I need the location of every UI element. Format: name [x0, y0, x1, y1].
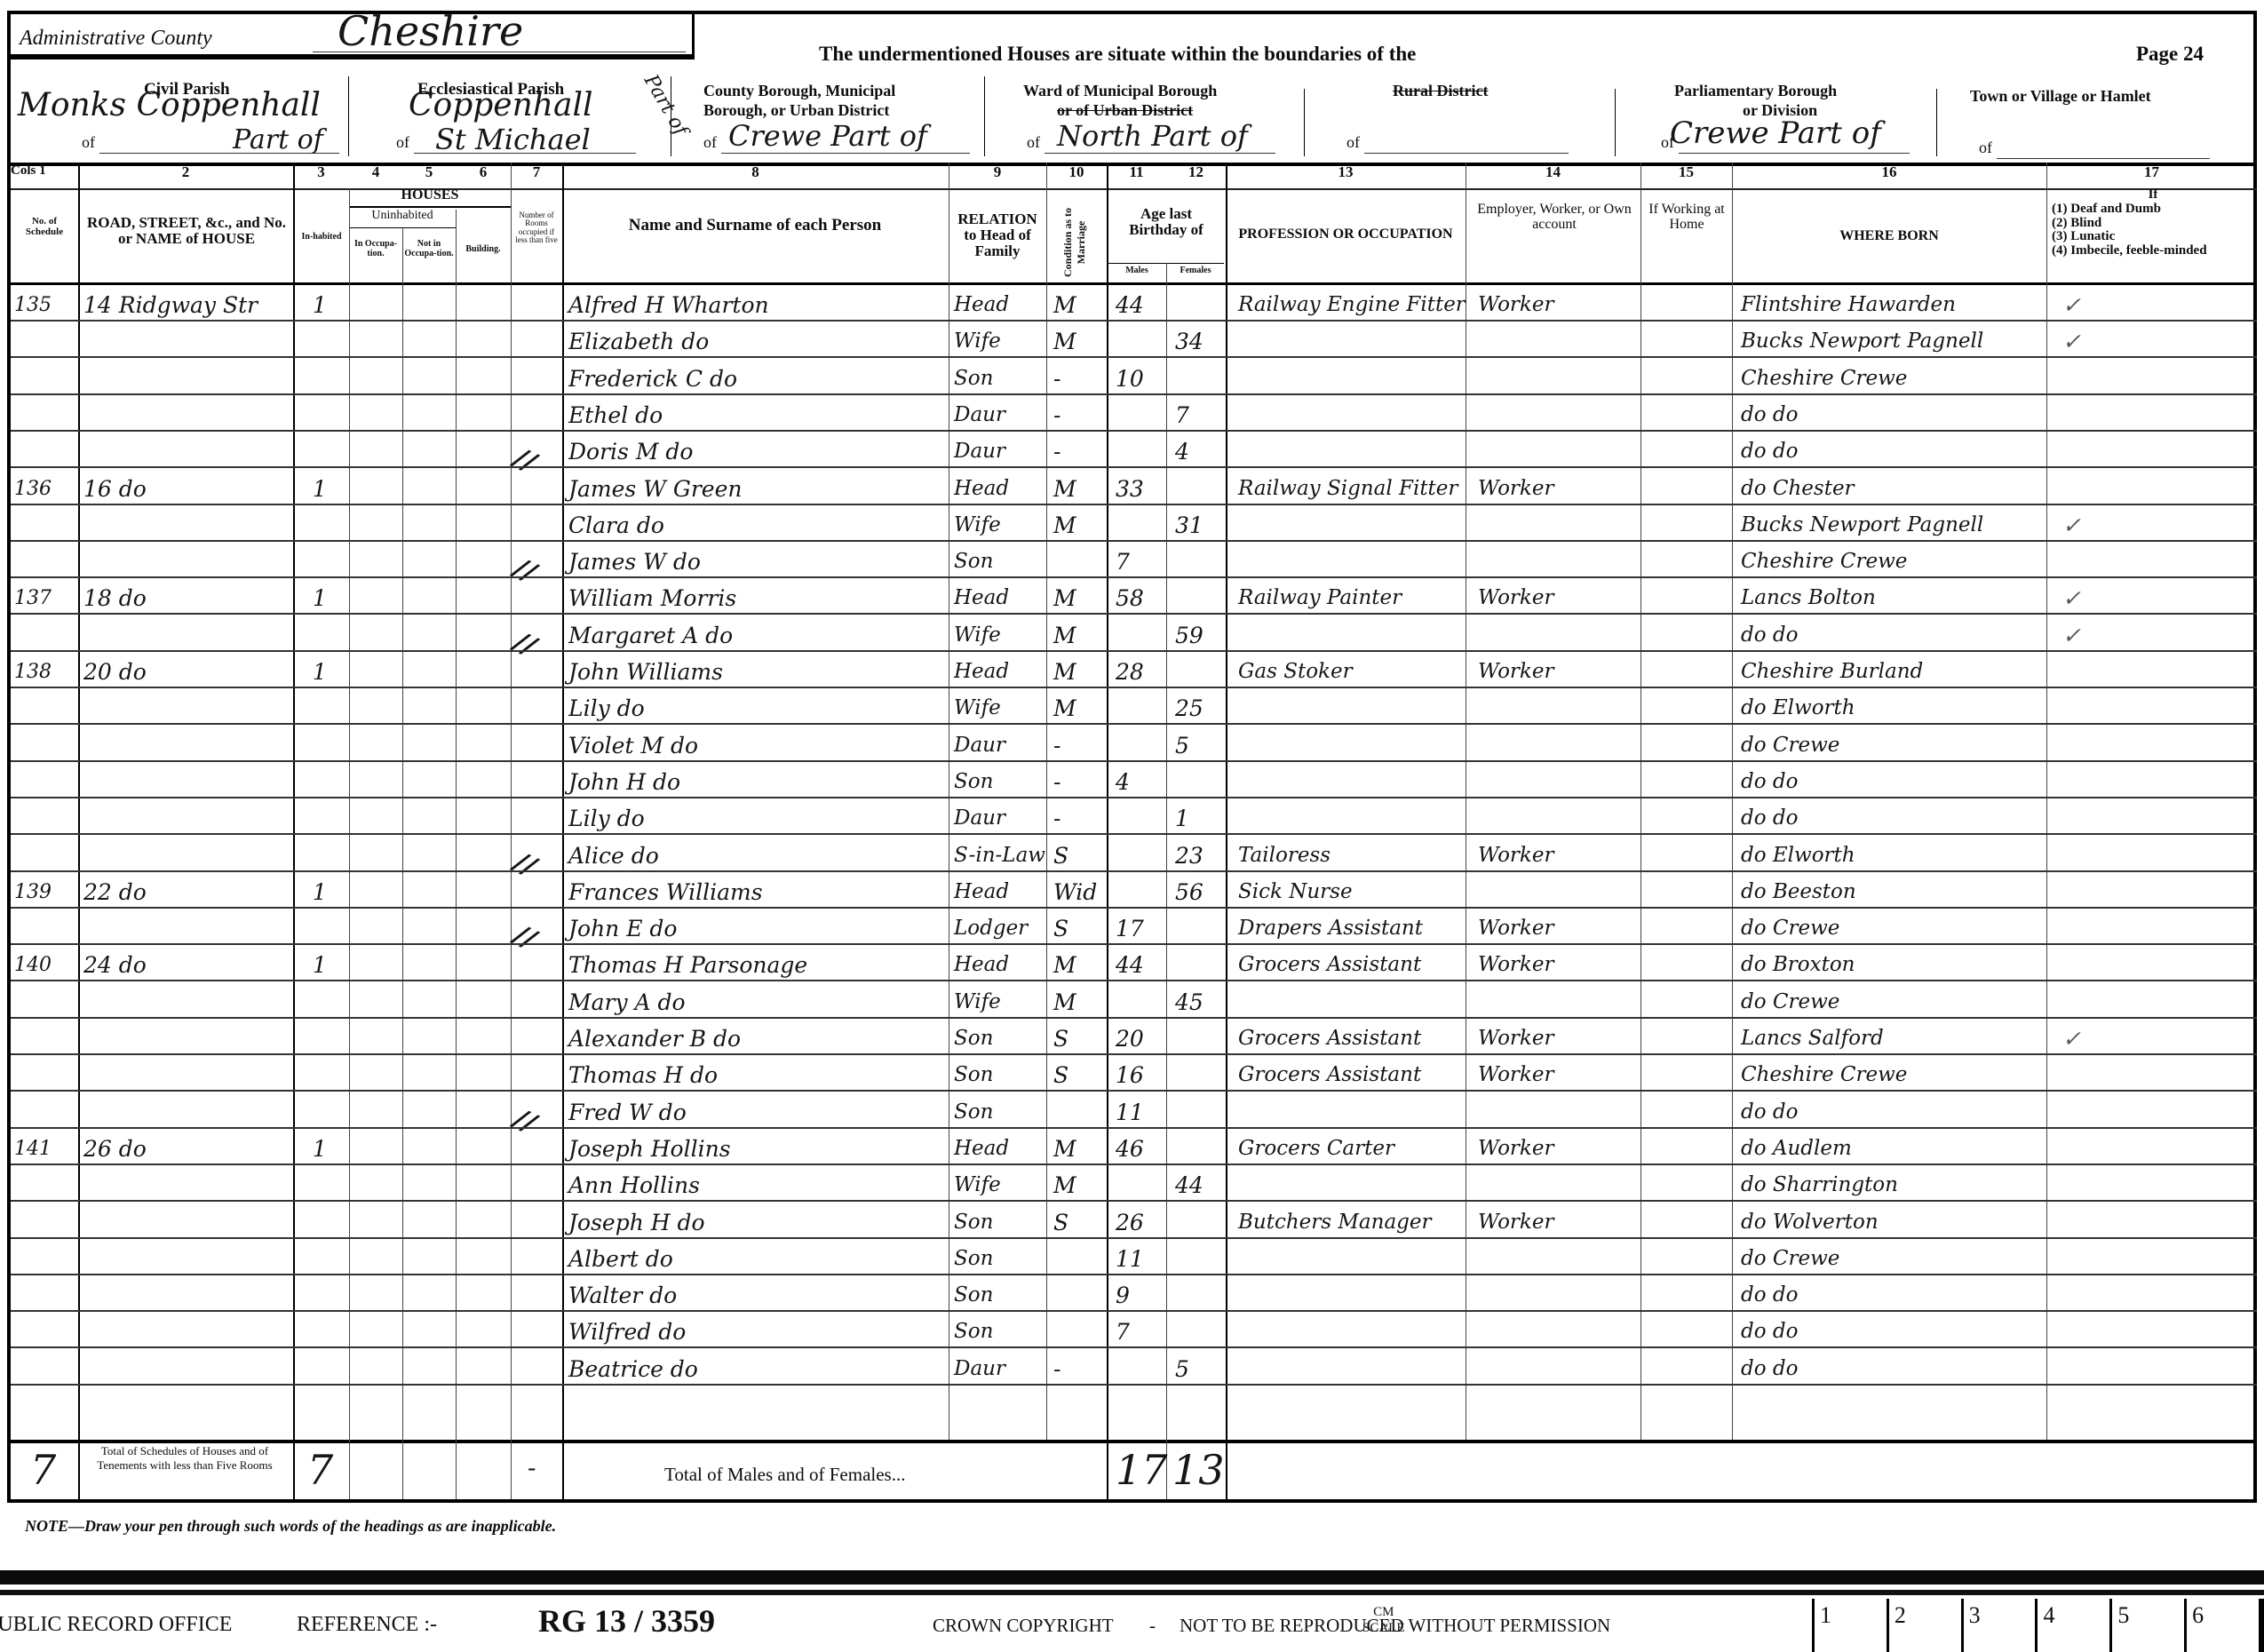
admin-county-value: Cheshire — [338, 7, 523, 55]
divider-rural — [1615, 89, 1616, 156]
census-row: 136 16 do 1 James W Green Head M 33 Rail… — [11, 468, 2257, 504]
heading-employer: Employer, Worker, or Own account — [1474, 203, 1634, 233]
cell-road — [83, 761, 297, 798]
census-row: 140 24 do 1 Thomas H Parsonage Head M 44… — [11, 944, 2257, 981]
cell-inhabited: 1 — [313, 1128, 348, 1164]
cell-occupation — [1238, 431, 1469, 467]
cell-infirm — [2062, 725, 2116, 761]
cell-road — [83, 504, 297, 541]
cell-name: James W Green — [568, 468, 950, 504]
county-borough-label-2: Borough, or Urban District — [703, 101, 889, 120]
cell-condition: M — [1053, 981, 1107, 1018]
cell-employer — [1478, 321, 1638, 357]
cell-male-age: 20 — [1116, 1018, 1169, 1054]
cell-schedule — [14, 1348, 78, 1385]
cell-employer — [1478, 504, 1638, 541]
colnum-7: 7 — [511, 163, 562, 181]
cell-employer: Worker — [1478, 577, 1638, 614]
colnum-5: 5 — [402, 163, 456, 181]
cell-female-age — [1175, 1202, 1228, 1238]
cell-born: do do — [1741, 1348, 2047, 1385]
county-borough-label-text: County Borough, Municipal — [703, 82, 895, 99]
cell-infirm — [2062, 1054, 2116, 1091]
cell-male-age — [1116, 871, 1169, 908]
cell-occupation: Drapers Assistant — [1238, 908, 1469, 944]
eccl-parish-value: Coppenhall — [409, 87, 592, 123]
cell-name: Margaret A do — [568, 615, 950, 651]
census-row: Wilfred do Son 7 do do — [11, 1311, 2257, 1347]
cell-male-age: 17 — [1116, 908, 1169, 944]
cell-road — [83, 835, 297, 871]
cell-occupation — [1238, 687, 1469, 724]
divider-parish — [348, 76, 349, 156]
cell-born: Cheshire Burland — [1741, 651, 2047, 687]
census-row: // Fred W do Son 11 do do — [11, 1092, 2257, 1128]
census-row: 139 22 do 1 Frances Williams Head Wid 56… — [11, 871, 2257, 908]
cell-road — [83, 1311, 297, 1347]
ward-of: of — [1027, 133, 1040, 152]
cell-male-age: 11 — [1116, 1092, 1169, 1128]
census-row: Lily do Wife M 25 do Elworth — [11, 687, 2257, 724]
census-row: Elizabeth do Wife M 34 Bucks Newport Pag… — [11, 321, 2257, 357]
heading-where-born: WHERE BORN — [1734, 229, 2045, 244]
cell-condition: M — [1053, 615, 1107, 651]
heading-uninhabited: Uninhabited — [349, 210, 456, 223]
admin-county-underline — [313, 52, 686, 52]
cell-road — [83, 541, 297, 577]
footer-scale-scale: SCALE — [1362, 1621, 1405, 1635]
cell-male-age: 26 — [1116, 1202, 1169, 1238]
cell-relation: Son — [954, 1275, 1048, 1311]
cell-infirm: ✓ — [2062, 321, 2116, 357]
cell-schedule — [14, 725, 78, 761]
cell-employer — [1478, 687, 1638, 724]
cell-relation: Son — [954, 1311, 1048, 1347]
cell-occupation: Grocers Carter — [1238, 1128, 1469, 1164]
town-underline — [1997, 158, 2210, 159]
cell-female-age: 1 — [1175, 798, 1228, 834]
cell-road: 18 do — [83, 577, 297, 614]
cell-female-age — [1175, 577, 1228, 614]
cell-male-age: 7 — [1116, 1311, 1169, 1347]
heading-females: Females — [1167, 266, 1224, 276]
cell-condition: - — [1053, 358, 1107, 394]
parliamentary-value: Crewe Part of — [1670, 115, 1881, 151]
cell-employer: Worker — [1478, 468, 1638, 504]
cell-road — [83, 908, 297, 944]
cell-infirm: ✓ — [2062, 504, 2116, 541]
cell-occupation — [1238, 1238, 1469, 1275]
cell-occupation: Butchers Manager — [1238, 1202, 1469, 1238]
footer-scale-label: CM SCALE — [1362, 1604, 1405, 1636]
footer-separator: - — [1149, 1615, 1156, 1637]
cell-road — [83, 1202, 297, 1238]
totals-schedules-value: 7 — [30, 1446, 56, 1494]
cell-infirm — [2062, 541, 2116, 577]
cell-inhabited — [313, 1348, 348, 1385]
cell-infirm — [2062, 651, 2116, 687]
cell-name: Elizabeth do — [568, 321, 950, 357]
cell-relation: Son — [954, 358, 1048, 394]
infirmity-if: If — [2052, 188, 2254, 203]
cell-road: 20 do — [83, 651, 297, 687]
cell-name: John E do — [568, 908, 950, 944]
cell-inhabited — [313, 504, 348, 541]
cell-relation: Son — [954, 1054, 1048, 1091]
cell-road — [83, 1054, 297, 1091]
cell-inhabited — [313, 1202, 348, 1238]
heading-occupation: PROFESSION OR OCCUPATION — [1227, 227, 1464, 242]
scale-3: 3 — [1962, 1599, 2037, 1652]
divider-ward — [1304, 89, 1305, 156]
cell-born: do do — [1741, 394, 2047, 431]
footer-scale-cm: CM — [1373, 1605, 1394, 1619]
census-row: Ann Hollins Wife M 44 do Sharrington — [11, 1164, 2257, 1201]
cell-inhabited — [313, 835, 348, 871]
cell-infirm — [2062, 908, 2116, 944]
cell-employer — [1478, 541, 1638, 577]
scale-1: 1 — [1814, 1599, 1888, 1652]
cell-male-age: 9 — [1116, 1275, 1169, 1311]
cell-condition — [1053, 1275, 1107, 1311]
county-borough-of: of — [703, 133, 717, 152]
cell-female-age: 34 — [1175, 321, 1228, 357]
cell-relation: Son — [954, 1202, 1048, 1238]
cell-schedule — [14, 835, 78, 871]
cell-condition: - — [1053, 725, 1107, 761]
cell-name: Ann Hollins — [568, 1164, 950, 1201]
heading-working-home: If Working at Home — [1645, 203, 1728, 233]
cell-occupation — [1238, 1311, 1469, 1347]
cell-employer — [1478, 1092, 1638, 1128]
cell-male-age — [1116, 798, 1169, 834]
cell-schedule — [14, 541, 78, 577]
cell-occupation — [1238, 1092, 1469, 1128]
footer: PUBLIC RECORD OFFICE REFERENCE :- RG 13 … — [0, 1599, 2264, 1652]
cell-born: Bucks Newport Pagnell — [1741, 504, 2047, 541]
cell-employer — [1478, 761, 1638, 798]
cell-infirm — [2062, 1348, 2116, 1385]
cell-condition: - — [1053, 394, 1107, 431]
ward-label-1: Ward of Municipal Borough — [1023, 82, 1217, 100]
cell-female-age — [1175, 358, 1228, 394]
cell-employer: Worker — [1478, 835, 1638, 871]
cell-male-age: 58 — [1116, 577, 1169, 614]
cell-inhabited — [313, 394, 348, 431]
cell-schedule — [14, 908, 78, 944]
cell-infirm — [2062, 1202, 2116, 1238]
census-row: 137 18 do 1 William Morris Head M 58 Rai… — [11, 577, 2257, 614]
heading-road: ROAD, STREET, &c., and No. or NAME of HO… — [82, 215, 291, 247]
cell-male-age: 33 — [1116, 468, 1169, 504]
cell-schedule: 138 — [14, 651, 78, 687]
cell-schedule — [14, 1054, 78, 1091]
cell-born: do do — [1741, 761, 2047, 798]
cell-schedule — [14, 358, 78, 394]
cell-occupation: Grocers Assistant — [1238, 1018, 1469, 1054]
cell-condition: - — [1053, 431, 1107, 467]
cell-name: Wilfred do — [568, 1311, 950, 1347]
cell-female-age: 25 — [1175, 687, 1228, 724]
cell-name: Thomas H Parsonage — [568, 944, 950, 981]
page-label-text: Page — [2136, 43, 2178, 65]
cell-relation: Daur — [954, 394, 1048, 431]
cell-schedule — [14, 981, 78, 1018]
cell-schedule — [14, 687, 78, 724]
cell-occupation — [1238, 798, 1469, 834]
cell-employer — [1478, 1275, 1638, 1311]
cell-infirm — [2062, 798, 2116, 834]
heading-inhabited: In-habited — [296, 233, 347, 242]
census-row: Frederick C do Son - 10 Cheshire Crewe — [11, 358, 2257, 394]
cell-schedule — [14, 394, 78, 431]
cell-employer: Worker — [1478, 1054, 1638, 1091]
county-borough-label-1: County Borough, Municipal — [703, 82, 895, 100]
cell-road: 22 do — [83, 871, 297, 908]
cell-female-age: 45 — [1175, 981, 1228, 1018]
totals-rooms: - — [528, 1453, 536, 1482]
cell-road — [83, 358, 297, 394]
cell-schedule — [14, 761, 78, 798]
heading-condition: Condition as to Marriage — [1061, 189, 1088, 296]
census-row: Beatrice do Daur - 5 do do — [11, 1348, 2257, 1385]
cell-occupation: Railway Painter — [1238, 577, 1469, 614]
cell-employer — [1478, 725, 1638, 761]
cell-male-age: 28 — [1116, 651, 1169, 687]
cell-road — [83, 394, 297, 431]
cell-schedule: 136 — [14, 468, 78, 504]
county-borough-underline — [721, 153, 970, 154]
cell-condition: S — [1053, 835, 1107, 871]
cell-infirm — [2062, 1128, 2116, 1164]
cell-female-age — [1175, 541, 1228, 577]
cell-inhabited — [313, 321, 348, 357]
cell-relation: Son — [954, 1018, 1048, 1054]
cell-employer — [1478, 1348, 1638, 1385]
cell-condition: - — [1053, 1348, 1107, 1385]
cell-infirm — [2062, 761, 2116, 798]
cell-born: do do — [1741, 1092, 2047, 1128]
cell-name: Fred W do — [568, 1092, 950, 1128]
infirmity-2: (2) Blind — [2052, 217, 2254, 231]
cell-male-age — [1116, 1348, 1169, 1385]
cell-road — [83, 1275, 297, 1311]
cell-employer — [1478, 1311, 1638, 1347]
cell-road — [83, 687, 297, 724]
cell-relation: Daur — [954, 798, 1048, 834]
cell-occupation: Grocers Assistant — [1238, 1054, 1469, 1091]
colnum-13: 13 — [1226, 163, 1466, 181]
cell-relation: Daur — [954, 431, 1048, 467]
footer-office: PUBLIC RECORD OFFICE — [0, 1613, 232, 1637]
cell-occupation: Gas Stoker — [1238, 651, 1469, 687]
cell-name: Alexander B do — [568, 1018, 950, 1054]
cell-occupation — [1238, 358, 1469, 394]
cell-female-age — [1175, 761, 1228, 798]
cell-female-age: 31 — [1175, 504, 1228, 541]
cell-name: Beatrice do — [568, 1348, 950, 1385]
cell-male-age: 7 — [1116, 541, 1169, 577]
cell-infirm — [2062, 1164, 2116, 1201]
scale-6: 6 — [2186, 1599, 2260, 1652]
infirmity-4: (4) Imbecile, feeble-minded — [2052, 244, 2254, 258]
cell-female-age: 56 — [1175, 871, 1228, 908]
cell-occupation — [1238, 615, 1469, 651]
cell-employer: Worker — [1478, 284, 1638, 321]
cell-male-age — [1116, 1164, 1169, 1201]
cell-inhabited — [313, 687, 348, 724]
heading-relation: RELATION to Head of Family — [950, 211, 1045, 259]
colnum-3: 3 — [293, 163, 349, 181]
cell-condition: M — [1053, 504, 1107, 541]
cell-occupation: Tailoress — [1238, 835, 1469, 871]
census-row: John H do Son - 4 do do — [11, 761, 2257, 798]
cell-name: Doris M do — [568, 431, 950, 467]
cell-infirm: ✓ — [2062, 577, 2116, 614]
cell-condition: S — [1053, 1018, 1107, 1054]
cell-born: do do — [1741, 798, 2047, 834]
cell-born: do Beeston — [1741, 871, 2047, 908]
cell-employer — [1478, 431, 1638, 467]
houses-underline — [349, 206, 511, 208]
census-row: 135 14 Ridgway Str 1 Alfred H Wharton He… — [11, 284, 2257, 321]
census-row: Violet M do Daur - 5 do Crewe — [11, 725, 2257, 761]
ward-value: North Part of — [1057, 119, 1248, 153]
cell-road — [83, 1092, 297, 1128]
cell-condition: S — [1053, 908, 1107, 944]
totals-schedules-label: Total of Schedules of Houses and of Tene… — [83, 1444, 286, 1473]
eccl-parish-of-value: St Michael — [435, 123, 591, 156]
cell-male-age: 16 — [1116, 1054, 1169, 1091]
cell-road: 26 do — [83, 1128, 297, 1164]
colnum-row-bottom — [11, 188, 2257, 190]
cell-employer — [1478, 981, 1638, 1018]
form-note: NOTE—Draw your pen through such words of… — [25, 1517, 556, 1536]
cell-employer: Worker — [1478, 1128, 1638, 1164]
cell-name: Albert do — [568, 1238, 950, 1275]
census-row: Albert do Son 11 do Crewe — [11, 1238, 2257, 1275]
colnum-15: 15 — [1640, 163, 1732, 181]
totals-persons-label: Total of Males and of Females... — [664, 1464, 905, 1486]
cell-born: do do — [1741, 1275, 2047, 1311]
cell-condition: M — [1053, 944, 1107, 981]
census-row: // James W do Son 7 Cheshire Crewe — [11, 541, 2257, 577]
census-row: Clara do Wife M 31 Bucks Newport Pagnell… — [11, 504, 2257, 541]
cell-born: do Crewe — [1741, 725, 2047, 761]
cell-inhabited — [313, 761, 348, 798]
cell-schedule — [14, 1018, 78, 1054]
cell-road — [83, 981, 297, 1018]
scale-4: 4 — [2037, 1599, 2111, 1652]
heading-schedule: No. of Schedule — [12, 217, 76, 237]
cell-born: do Elworth — [1741, 835, 2047, 871]
cell-male-age — [1116, 725, 1169, 761]
cell-male-age — [1116, 321, 1169, 357]
cell-male-age — [1116, 504, 1169, 541]
cell-inhabited — [313, 1238, 348, 1275]
cell-relation: Head — [954, 284, 1048, 321]
cell-born: Cheshire Crewe — [1741, 358, 2047, 394]
footer-band-thin — [0, 1590, 2264, 1595]
admin-county-label: Administrative County — [20, 27, 212, 51]
cell-infirm — [2062, 871, 2116, 908]
cell-condition: S — [1053, 1202, 1107, 1238]
cell-occupation — [1238, 394, 1469, 431]
rural-district-of: of — [1346, 133, 1360, 152]
cell-occupation — [1238, 981, 1469, 1018]
cell-condition: M — [1053, 1128, 1107, 1164]
cell-road: 16 do — [83, 468, 297, 504]
cell-infirm — [2062, 1238, 2116, 1275]
cell-male-age: 10 — [1116, 358, 1169, 394]
cell-female-age: 5 — [1175, 1348, 1228, 1385]
cell-condition: M — [1053, 651, 1107, 687]
census-row: 138 20 do 1 John Williams Head M 28 Gas … — [11, 651, 2257, 687]
cell-male-age: 44 — [1116, 944, 1169, 981]
cell-occupation — [1238, 541, 1469, 577]
cell-condition — [1053, 541, 1107, 577]
cell-condition: M — [1053, 687, 1107, 724]
cell-born: do Crewe — [1741, 1238, 2047, 1275]
heading-age: Age last Birthday of — [1110, 206, 1222, 238]
cell-infirm: ✓ — [2062, 1018, 2116, 1054]
cell-relation: Head — [954, 577, 1048, 614]
cell-inhabited — [313, 1164, 348, 1201]
cell-male-age: 4 — [1116, 761, 1169, 798]
cell-female-age — [1175, 944, 1228, 981]
cell-road — [83, 798, 297, 834]
cell-relation: Son — [954, 761, 1048, 798]
heading-males: Males — [1108, 266, 1165, 276]
cell-female-age: 4 — [1175, 431, 1228, 467]
cell-infirm — [2062, 944, 2116, 981]
cell-occupation — [1238, 1275, 1469, 1311]
cell-road: 14 Ridgway Str — [83, 284, 297, 321]
cell-born: Cheshire Crewe — [1741, 541, 2047, 577]
cell-infirm — [2062, 468, 2116, 504]
cell-inhabited — [313, 725, 348, 761]
cell-condition: M — [1053, 1164, 1107, 1201]
rural-district-underline — [1364, 153, 1569, 154]
cell-female-age — [1175, 1238, 1228, 1275]
cell-relation: Son — [954, 1238, 1048, 1275]
cell-name: Frederick C do — [568, 358, 950, 394]
infirmity-3: (3) Lunatic — [2052, 230, 2254, 244]
cell-relation: Head — [954, 871, 1048, 908]
census-row: // John E do Lodger S 17 Drapers Assista… — [11, 908, 2257, 944]
cell-schedule — [14, 1238, 78, 1275]
cell-name: Mary A do — [568, 981, 950, 1018]
cell-occupation — [1238, 504, 1469, 541]
intro-text: The undermentioned Houses are situate wi… — [819, 43, 1416, 66]
cell-condition — [1053, 1238, 1107, 1275]
cell-relation: Head — [954, 1128, 1048, 1164]
colnum-2: 2 — [78, 163, 293, 181]
cell-born: Lancs Salford — [1741, 1018, 2047, 1054]
cell-condition: Wid — [1053, 871, 1107, 908]
cell-employer — [1478, 1238, 1638, 1275]
cell-born: do Audlem — [1741, 1128, 2047, 1164]
cell-female-age — [1175, 1311, 1228, 1347]
cell-born: do Chester — [1741, 468, 2047, 504]
cell-road — [83, 1348, 297, 1385]
cell-male-age — [1116, 981, 1169, 1018]
cell-name: Alfred H Wharton — [568, 284, 950, 321]
cell-female-age: 44 — [1175, 1164, 1228, 1201]
cell-employer: Worker — [1478, 944, 1638, 981]
cell-relation: Wife — [954, 615, 1048, 651]
civil-parish-of: of — [82, 133, 95, 152]
